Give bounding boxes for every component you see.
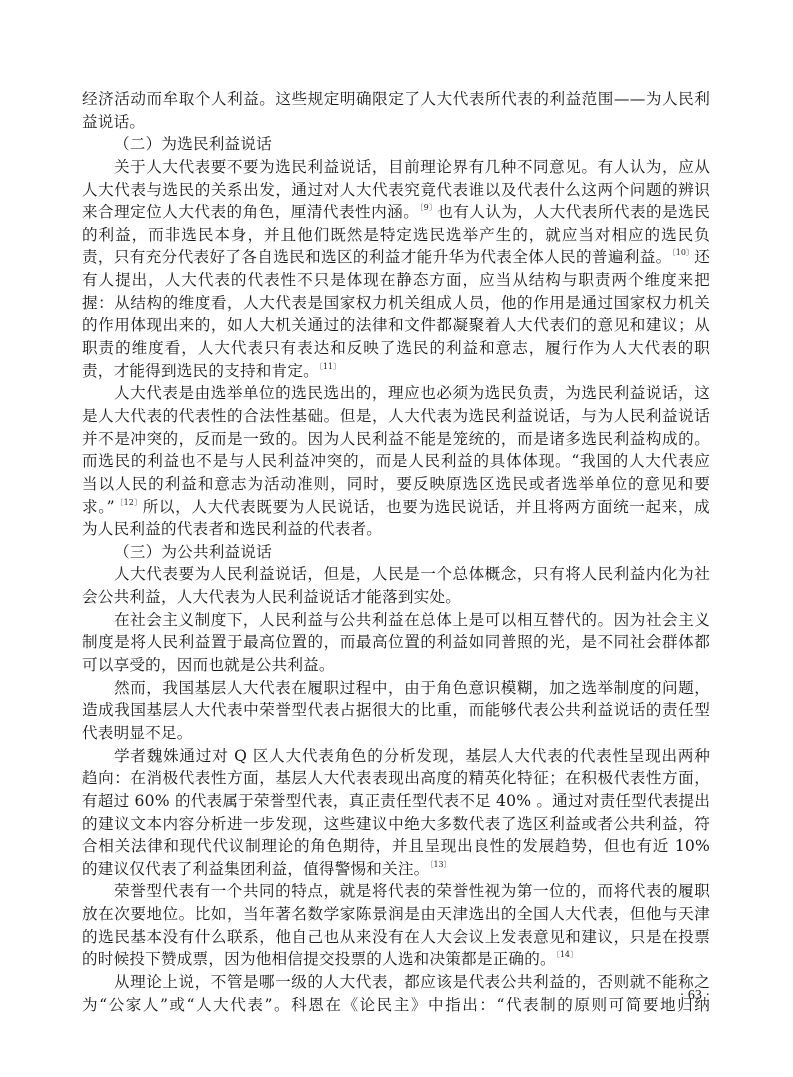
section-heading: （三）为公共利益说话 <box>82 541 710 564</box>
text-line: 合相关法律和现代代议制理论的角色期待，并且呈现出良性的发展趋势，但也有近 10% <box>82 835 710 858</box>
text-line: 责，才能得到选民的支持和肯定。〔11〕 <box>82 360 710 383</box>
text-line: （二）为选民利益说话 <box>82 133 710 156</box>
footnote-ref[interactable]: 〔12〕 <box>115 498 143 507</box>
text-line: 为“公家人”或“人大代表”。科恩在《论民主》中指出：“代表制的原则可简要地归纳 <box>82 994 710 1017</box>
text-line: 可以享受的，因而也就是公共利益。 <box>82 654 710 677</box>
paragraph: 人大代表要为人民利益说话，但是，人民是一个总体概念，只有将人民利益内化为社会公共… <box>82 563 710 608</box>
text-line: 是人大代表的代表性的合法性基础。但是，人大代表为选民利益说话，与为人民利益说话 <box>82 405 710 428</box>
text-line: 益说话。 <box>82 111 710 134</box>
paragraph: 荣誉型代表有一个共同的特点，就是将代表的荣誉性视为第一位的，而将代表的履职放在次… <box>82 880 710 971</box>
text-line: 人大代表与选民的关系出发，通过对人大代表究竟代表谁以及代表什么这两个问题的辨识 <box>82 179 710 202</box>
text-line: 来合理定位人大代表的角色，厘清代表性内涵。〔9〕也有人认为，人大代表所代表的是选… <box>82 201 710 224</box>
paragraph: 学者魏姝通过对 Q 区人大代表角色的分析发现，基层人大代表的代表性呈现出两种趋向… <box>82 745 710 881</box>
text-line: 从理论上说，不管是哪一级的人大代表，都应该是代表公共利益的，否则就不能称之 <box>82 971 710 994</box>
text-line: 代表明显不足。 <box>82 722 710 745</box>
paragraph: 从理论上说，不管是哪一级的人大代表，都应该是代表公共利益的，否则就不能称之为“公… <box>82 971 710 1016</box>
text-line: 关于人大代表要不要为选民利益说话，目前理论界有几种不同意见。有人认为，应从 <box>82 156 710 179</box>
text-line: 人大代表要为人民利益说话，但是，人民是一个总体概念，只有将人民利益内化为社 <box>82 563 710 586</box>
paragraph: 经济活动而牟取个人利益。这些规定明确限定了人大代表所代表的利益范围——为人民利益… <box>82 88 710 133</box>
text-line: 会公共利益，人大代表为人民利益说话才能落到实处。 <box>82 586 710 609</box>
text-line: 的作用体现出来的，如人大机关通过的法律和文件都凝聚着人大代表们的意见和建议；从 <box>82 314 710 337</box>
paragraph: 在社会主义制度下，人民利益与公共利益在总体上是可以相互替代的。因为社会主义制度是… <box>82 609 710 677</box>
section-heading: （二）为选民利益说话 <box>82 133 710 156</box>
text-line: 当以人民的利益和意志为活动准则，同时，要反映原选区选民或者选举单位的意见和要 <box>82 473 710 496</box>
text-line: 握：从结构的维度看，人大代表是国家权力机关组成人员，他的作用是通过国家权力机关 <box>82 292 710 315</box>
text-line: 学者魏姝通过对 Q 区人大代表角色的分析发现，基层人大代表的代表性呈现出两种 <box>82 745 710 768</box>
text-line: 的选民基本没有什么联系，他自己也从来没有在人大会议上发表意见和建议，只是在投票 <box>82 926 710 949</box>
text-line: 放在次要地位。比如，当年著名数学家陈景润是由天津选出的全国人大代表，但他与天津 <box>82 903 710 926</box>
footnote-ref[interactable]: 〔9〕 <box>419 203 437 212</box>
text-line: 趋向：在消极代表性方面，基层人大代表表现出高度的精英化特征；在积极代表性方面， <box>82 767 710 790</box>
footnote-ref[interactable]: 〔11〕 <box>319 362 341 371</box>
text-line: 然而，我国基层人大代表在履职过程中，由于角色意识模糊，加之选举制度的问题， <box>82 677 710 700</box>
text-line: 而选民的利益也不是与人民利益冲突的，而是人民利益的具体体现。“我国的人大代表应 <box>82 450 710 473</box>
text-line: 的时候投下赞成票，因为他相信提交投票的人选和决策都是正确的。〔14〕 <box>82 948 710 971</box>
footnote-ref[interactable]: 〔10〕 <box>672 248 695 257</box>
paragraph: 关于人大代表要不要为选民利益说话，目前理论界有几种不同意见。有人认为，应从人大代… <box>82 156 710 382</box>
text-line: （三）为公共利益说话 <box>82 541 710 564</box>
text-line: 在社会主义制度下，人民利益与公共利益在总体上是可以相互替代的。因为社会主义 <box>82 609 710 632</box>
text-line: 的建议仅代表了利益集团利益，值得警惕和关注。〔13〕 <box>82 858 710 881</box>
text-line: 的建议文本内容分析进一步发现，这些建议中绝大多数代表了选区利益或者公共利益，符 <box>82 813 710 836</box>
page-number: · 63 · <box>660 988 710 1004</box>
text-line: 造成我国基层人大代表中荣誉型代表占据很大的比重，而能够代表公共利益说话的责任型 <box>82 699 710 722</box>
text-line: 荣誉型代表有一个共同的特点，就是将代表的荣誉性视为第一位的，而将代表的履职 <box>82 880 710 903</box>
footnote-ref[interactable]: 〔13〕 <box>429 860 451 869</box>
text-line: 求。”〔12〕所以，人大代表既要为人民说话，也要为选民说话，并且将两方面统一起来… <box>82 496 710 519</box>
text-line: 有超过 60% 的代表属于荣誉型代表，真正责任型代表不足 40% 。通过对责任型… <box>82 790 710 813</box>
text-line: 有人提出，人大代表的代表性不只是体现在静态方面，应当从结构与职责两个维度来把 <box>82 269 710 292</box>
text-line: 职责的维度看，人大代表只有表达和反映了选民的利益和意志，履行作为人大代表的职 <box>82 337 710 360</box>
text-line: 的利益，而非选民本身，并且他们既然是特定选民选举产生的，就应当对相应的选民负 <box>82 224 710 247</box>
text-line: 为人民利益的代表者和选民利益的代表者。 <box>82 518 710 541</box>
text-line: 人大代表是由选举单位的选民选出的，理应也必须为选民负责，为选民利益说话，这 <box>82 382 710 405</box>
text-line: 制度是将人民利益置于最高位置的，而最高位置的利益如同普照的光，是不同社会群体都 <box>82 631 710 654</box>
paragraph: 人大代表是由选举单位的选民选出的，理应也必须为选民负责，为选民利益说话，这是人大… <box>82 382 710 540</box>
paper-body: 经济活动而牟取个人利益。这些规定明确限定了人大代表所代表的利益范围——为人民利益… <box>82 88 710 1016</box>
text-line: 并不是冲突的，反而是一致的。因为人民利益不能是笼统的，而是诸多选民利益构成的。 <box>82 428 710 451</box>
text-line: 经济活动而牟取个人利益。这些规定明确限定了人大代表所代表的利益范围——为人民利 <box>82 88 710 111</box>
text-line: 责，只有充分代表好了各自选民和选区的利益才能升华为代表全体人民的普遍利益。〔10… <box>82 246 710 269</box>
footnote-ref[interactable]: 〔14〕 <box>556 950 578 959</box>
paragraph: 然而，我国基层人大代表在履职过程中，由于角色意识模糊，加之选举制度的问题，造成我… <box>82 677 710 745</box>
